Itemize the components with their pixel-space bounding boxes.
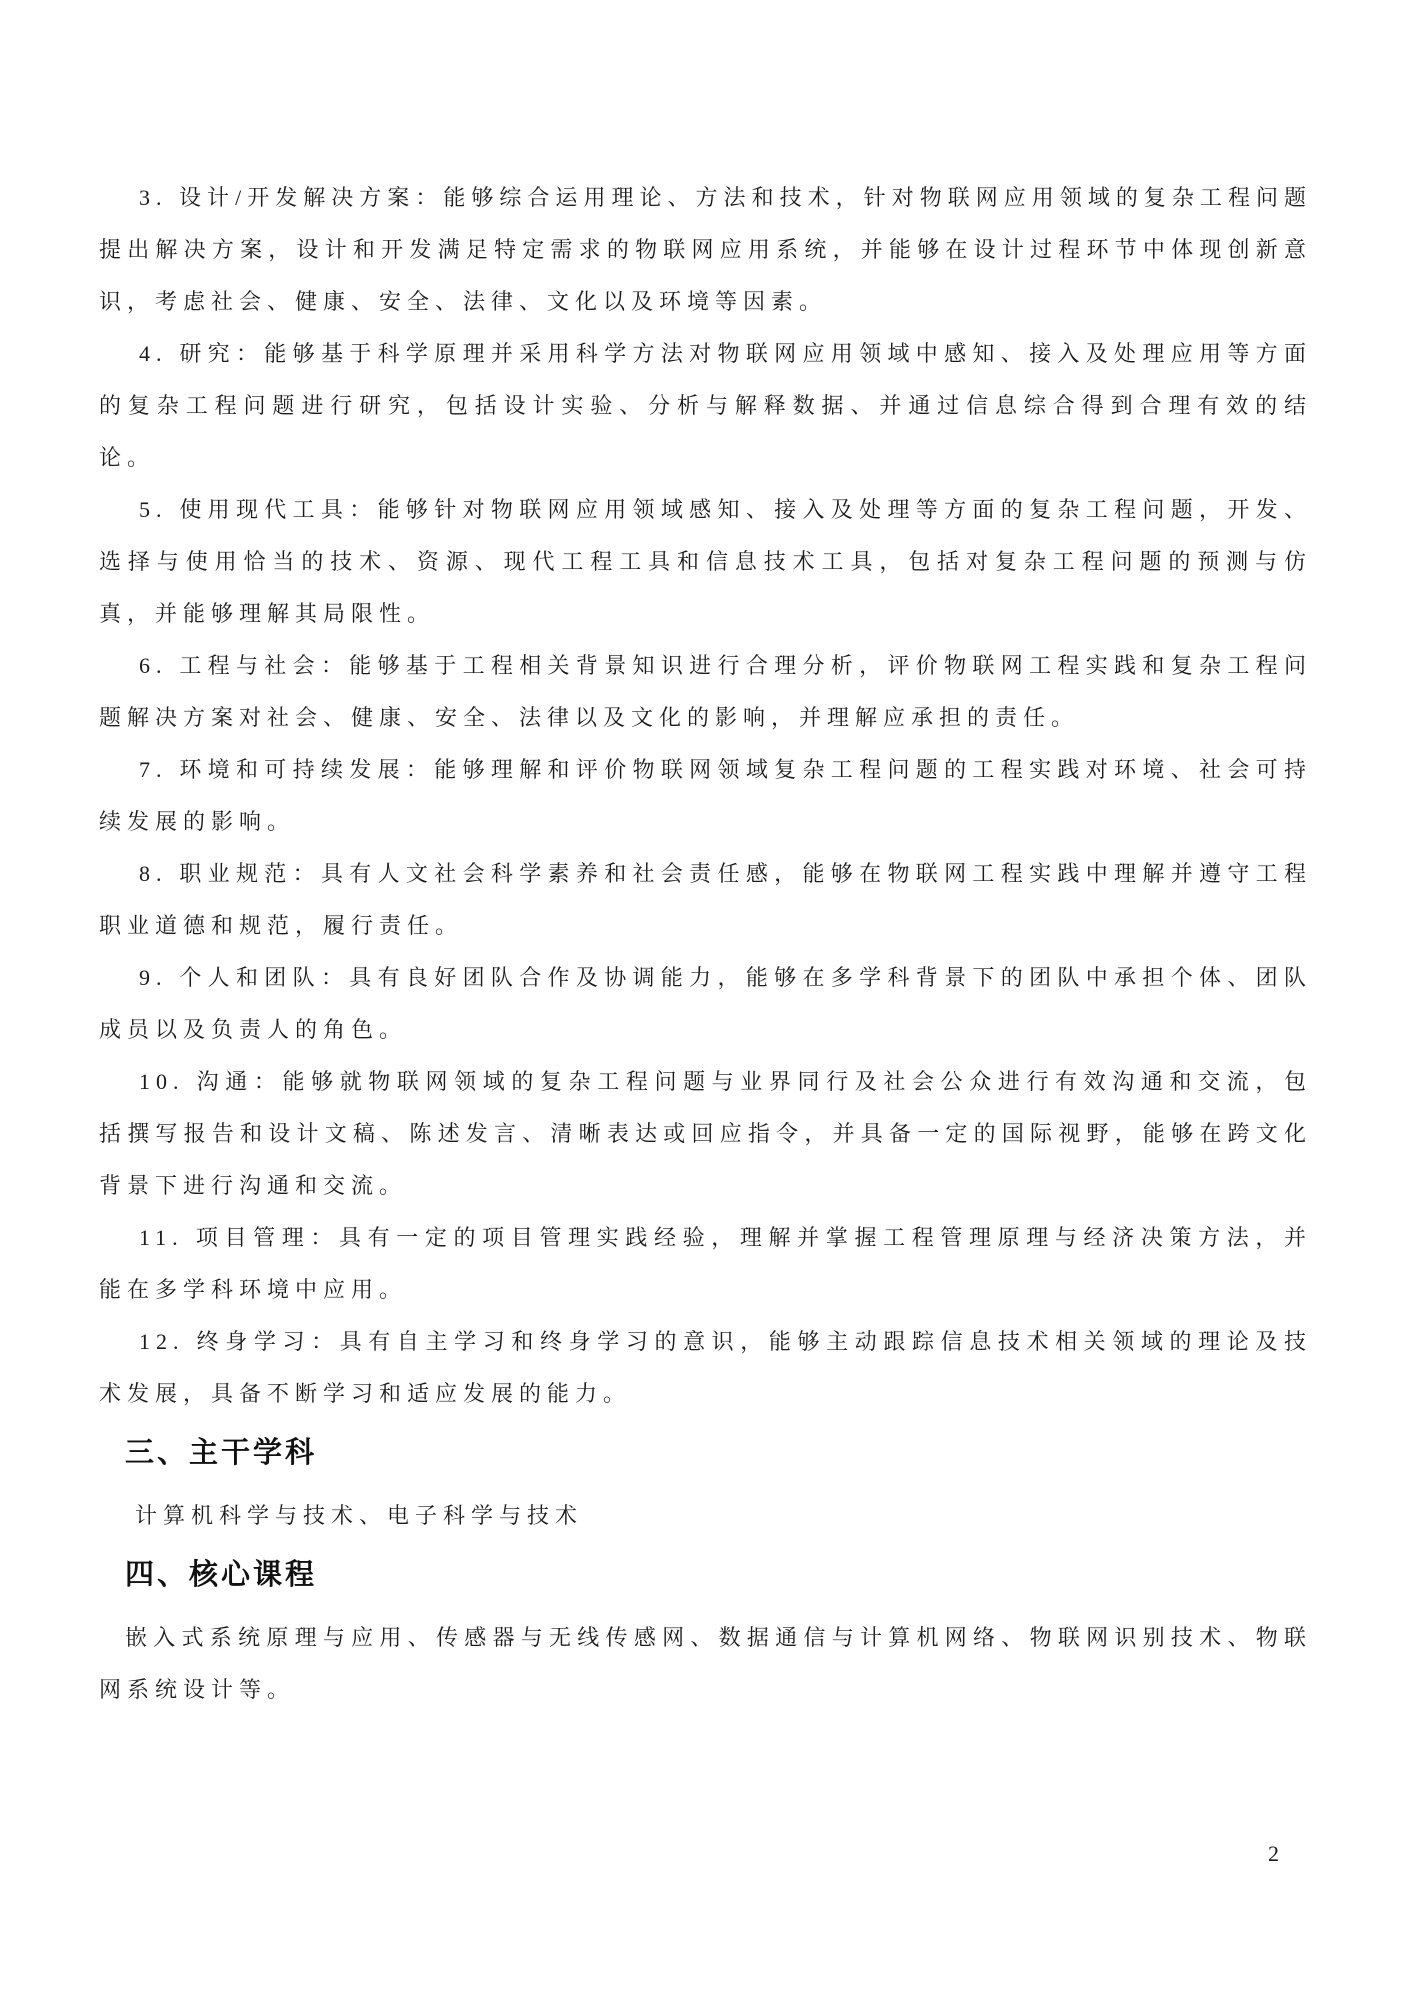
section-heading-main-disciplines: 三、主干学科 <box>99 1426 1312 1480</box>
page-number: 2 <box>1268 1841 1279 1867</box>
outcome-paragraph-7: 7. 环境和可持续发展：能够理解和评价物联网领域复杂工程问题的工程实践对环境、社… <box>99 744 1312 848</box>
outcome-paragraph-12: 12. 终身学习：具有自主学习和终身学习的意识，能够主动跟踪信息技术相关领域的理… <box>99 1316 1312 1420</box>
outcome-paragraph-3: 3. 设计/开发解决方案：能够综合运用理论、方法和技术，针对物联网应用领域的复杂… <box>99 172 1312 328</box>
outcome-paragraph-10: 10. 沟通：能够就物联网领域的复杂工程问题与业界同行及社会公众进行有效沟通和交… <box>99 1056 1312 1212</box>
core-courses-text: 嵌入式系统原理与应用、传感器与无线传感网、数据通信与计算机网络、物联网识别技术、… <box>99 1612 1312 1716</box>
outcome-paragraph-8: 8. 职业规范：具有人文社会科学素养和社会责任感，能够在物联网工程实践中理解并遵… <box>99 848 1312 952</box>
document-page: 3. 设计/开发解决方案：能够综合运用理论、方法和技术，针对物联网应用领域的复杂… <box>0 0 1411 1995</box>
outcome-paragraph-9: 9. 个人和团队：具有良好团队合作及协调能力，能够在多学科背景下的团队中承担个体… <box>99 952 1312 1056</box>
outcome-paragraph-6: 6. 工程与社会：能够基于工程相关背景知识进行合理分析，评价物联网工程实践和复杂… <box>99 640 1312 744</box>
outcome-paragraph-11: 11. 项目管理：具有一定的项目管理实践经验，理解并掌握工程管理原理与经济决策方… <box>99 1212 1312 1316</box>
main-disciplines-text: 计算机科学与技术、电子科学与技术 <box>99 1490 1312 1542</box>
section-heading-core-courses: 四、核心课程 <box>99 1548 1312 1602</box>
outcome-paragraph-4: 4. 研究：能够基于科学原理并采用科学方法对物联网应用领域中感知、接入及处理应用… <box>99 328 1312 484</box>
outcome-paragraph-5: 5. 使用现代工具：能够针对物联网应用领域感知、接入及处理等方面的复杂工程问题，… <box>99 484 1312 640</box>
page-body: 3. 设计/开发解决方案：能够综合运用理论、方法和技术，针对物联网应用领域的复杂… <box>99 172 1312 1716</box>
